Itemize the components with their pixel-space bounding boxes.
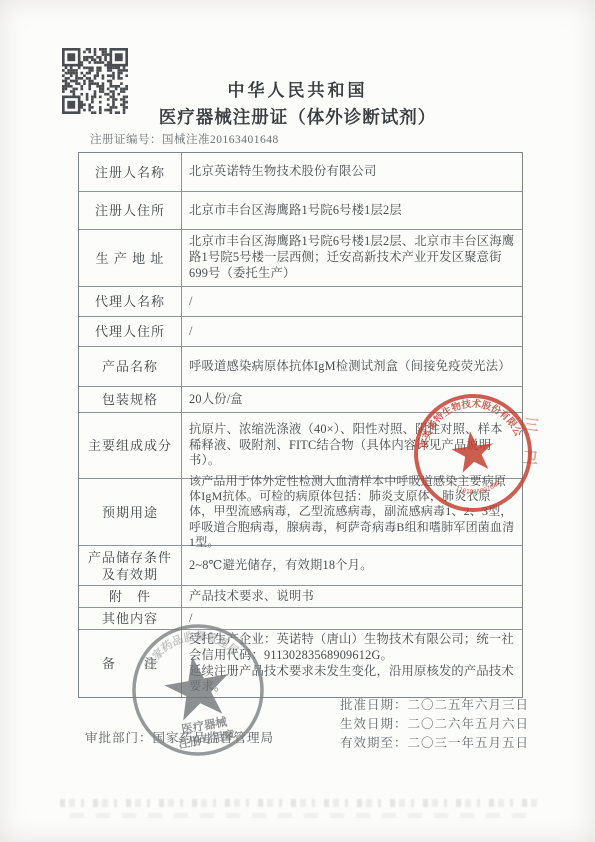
- certificate-page: 中华人民共和国 医疗器械注册证（体外诊断试剂） 注册证编号：国械注准201634…: [0, 0, 595, 842]
- row-label: 主要组成成分: [79, 413, 182, 478]
- row-value: 抗原片、浓缩洗涤液（40×）、阳性对照、阴性对照、样本稀释液、吸附剂、FITC结…: [182, 413, 522, 478]
- effective-date: 生效日期：二〇二六年五月六日: [340, 715, 529, 734]
- row-label: 产品名称: [79, 347, 182, 386]
- row-label: 代理人住所: [79, 317, 182, 346]
- table-row: 注册人住所 北京市丰台区海鹰路1号院6号楼1层2层: [79, 191, 522, 229]
- table-row: 其他内容 /: [79, 607, 522, 629]
- row-value: 呼吸道感染病原体抗体IgM检测试剂盒（间接免疫荧光法）: [182, 347, 522, 386]
- title-block: 中华人民共和国 医疗器械注册证（体外诊断试剂）: [0, 76, 595, 129]
- country-title: 中华人民共和国: [0, 76, 595, 101]
- row-label: 备 注: [79, 630, 182, 697]
- bleed-through-text: [60, 799, 538, 807]
- table-row: 主要组成成分 抗原片、浓缩洗涤液（40×）、阳性对照、阴性对照、样本稀释液、吸附…: [79, 412, 522, 478]
- table-row: 产品储存条件及有效期 2~8℃避光储存，有效期18个月。: [79, 545, 522, 585]
- row-value: 产品技术要求、说明书: [182, 586, 522, 607]
- row-label: 注册人名称: [79, 153, 182, 191]
- row-value: /: [182, 317, 522, 346]
- row-value: 2~8℃避光储存，有效期18个月。: [182, 546, 522, 585]
- row-label: 注册人住所: [79, 192, 182, 229]
- row-value: 该产品用于体外定性检测人血清样本中呼吸道感染主要病原体IgM抗体。可检的病原体包…: [182, 479, 522, 545]
- row-value: 20人份/盒: [182, 387, 522, 412]
- table-row: 预期用途 该产品用于体外定性检测人血清样本中呼吸道感染主要病原体IgM抗体。可检…: [79, 478, 522, 545]
- row-label: 代理人名称: [79, 287, 182, 316]
- expiry-date: 有效期至：二〇三一年五月五日: [340, 734, 529, 753]
- table-row: 附 件 产品技术要求、说明书: [79, 585, 522, 607]
- table-row: 代理人住所 /: [79, 316, 522, 346]
- row-label: 预期用途: [79, 479, 182, 545]
- table-row: 生 产 地 址 北京市丰台区海鹰路1号院6号楼1层2层、北京市丰台区海鹰路1号院…: [79, 229, 522, 286]
- table-row: 包装规格 20人份/盒: [79, 386, 522, 412]
- table-row: 产品名称 呼吸道感染病原体抗体IgM检测试剂盒（间接免疫荧光法）: [79, 346, 522, 386]
- date-block: 批准日期：二〇二五年六月三日 生效日期：二〇二六年五月六日 有效期至：二〇三一年…: [340, 696, 529, 753]
- row-value: 北京英诺特生物技术股份有限公司: [182, 153, 522, 191]
- row-label: 产品储存条件及有效期: [79, 546, 182, 585]
- row-value: /: [182, 287, 522, 316]
- row-label: 包装规格: [79, 387, 182, 412]
- registration-number: 国械注准20163401648: [162, 134, 279, 146]
- table-row: 代理人名称 /: [79, 286, 522, 316]
- row-value: /: [182, 608, 522, 629]
- certificate-title: 医疗器械注册证（体外诊断试剂）: [0, 104, 595, 129]
- table-row: 注册人名称 北京英诺特生物技术股份有限公司: [79, 153, 522, 191]
- approval-department-label: 审批部门：: [85, 731, 153, 745]
- registration-number-line: 注册证编号：国械注准20163401648: [90, 131, 279, 147]
- bleed-through-text: [70, 813, 530, 818]
- row-value: 受托生产企业：英诺特（唐山）生物技术有限公司；统一社会信用代码：91130283…: [182, 630, 522, 697]
- row-value: 北京市丰台区海鹰路1号院6号楼1层2层: [182, 192, 522, 229]
- approval-department: 国家药品监督管理局: [153, 731, 275, 745]
- row-label: 附 件: [79, 586, 182, 607]
- row-value: 北京市丰台区海鹰路1号院6号楼1层2层、北京市丰台区海鹰路1号院5号楼一层西侧；…: [182, 230, 522, 286]
- approval-department-line: 审批部门：国家药品监督管理局: [85, 728, 274, 746]
- seam-stamp-fragment: 三: [523, 413, 541, 436]
- registration-number-label: 注册证编号：: [90, 134, 162, 146]
- certificate-table: 注册人名称 北京英诺特生物技术股份有限公司 注册人住所 北京市丰台区海鹰路1号院…: [78, 152, 523, 698]
- seam-stamp-fragment: 卫: [522, 447, 538, 469]
- table-row: 备 注 受托生产企业：英诺特（唐山）生物技术有限公司；统一社会信用代码：9113…: [79, 629, 522, 697]
- row-label: 生 产 地 址: [79, 230, 182, 286]
- approval-date: 批准日期：二〇二五年六月三日: [340, 696, 529, 715]
- row-label: 其他内容: [79, 608, 182, 629]
